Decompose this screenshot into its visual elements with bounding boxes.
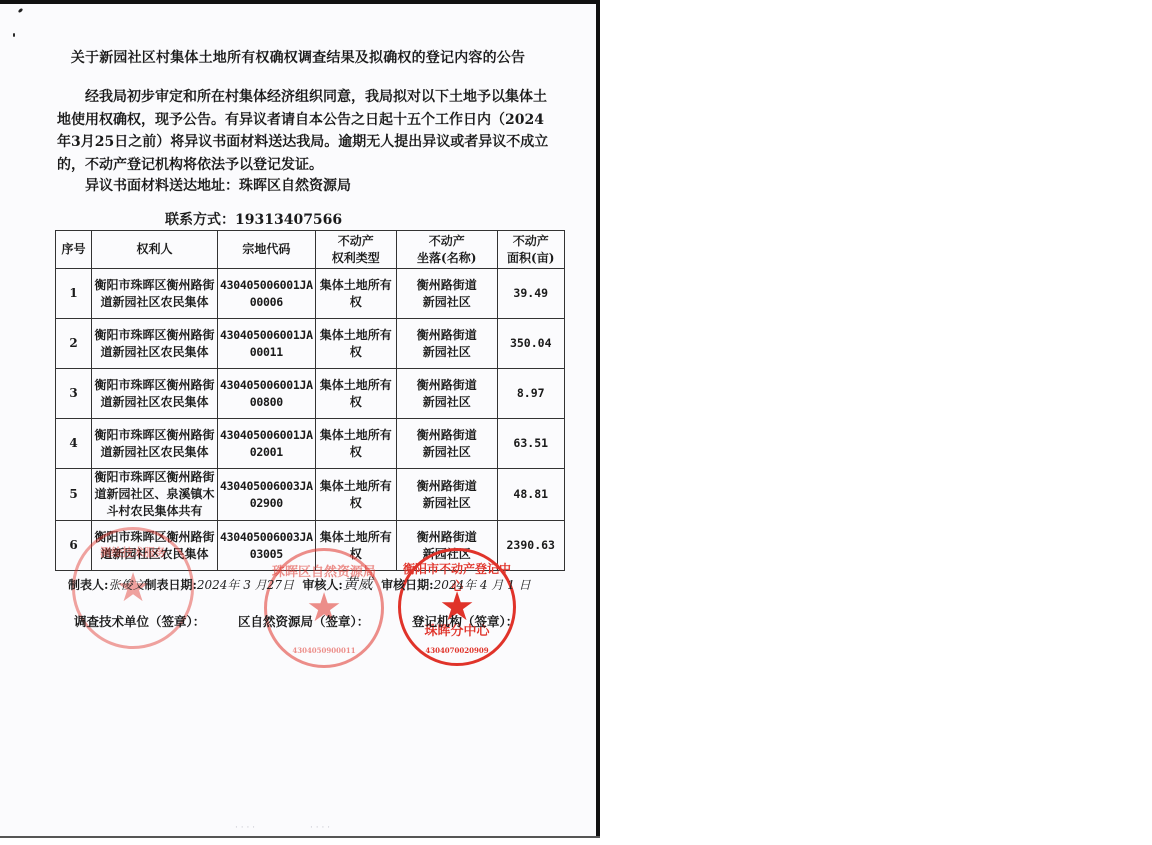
row-index: 1 (56, 269, 92, 319)
location: 衡州路街道新园社区 (396, 469, 497, 521)
row-index: 4 (56, 419, 92, 469)
table-row: 3衡阳市珠晖区衡州路街道新园社区农民集体430405006001JA00800集… (56, 369, 565, 419)
land-rights-table: 序号 权利人 宗地代码 不动产权利类型 不动产坐落(名称) 不动产面积(亩) 1… (55, 230, 565, 571)
right-type: 集体土地所有权 (315, 469, 396, 521)
location: 衡州路街道新园社区 (396, 319, 497, 369)
notice-body: 经我局初步审定和所在村集体经济组织同意，我局拟对以下土地予以集体土地使用权确权，… (57, 86, 557, 176)
scan-bottom-border (0, 836, 600, 838)
right-type: 集体土地所有权 (315, 269, 396, 319)
parcel-code: 430405006001JA02001 (218, 419, 316, 469)
table-row: 4衡阳市珠晖区衡州路街道新园社区农民集体430405006001JA02001集… (56, 419, 565, 469)
header-cell: 不动产坐落(名称) (396, 231, 497, 269)
row-index: 2 (56, 319, 92, 369)
header-cell: 不动产面积(亩) (497, 231, 564, 269)
parcel-code: 430405006001JA00800 (218, 369, 316, 419)
area-mu: 63.51 (497, 419, 564, 469)
header-cell: 序号 (56, 231, 92, 269)
right-type: 集体土地所有权 (315, 369, 396, 419)
seal-text: 测绘技术服务 (75, 544, 191, 560)
header-cell: 宗地代码 (218, 231, 316, 269)
preparer-signature: 张俊文 (108, 578, 144, 592)
registry-seal: 衡阳市不动产登记中心 ★ 珠晖分中心 4304070020909 (398, 548, 516, 666)
reviewer-label: 审核人: (302, 578, 342, 592)
prep-date-label: 制表日期: (144, 578, 196, 592)
seal-code: 4304050900011 (267, 646, 381, 655)
row-index: 3 (56, 369, 92, 419)
right-holder: 衡阳市珠晖区衡州路街道新园社区农民集体 (92, 369, 218, 419)
registry-seal-label: 登记机构（签章）： (412, 612, 518, 630)
row-index: 5 (56, 469, 92, 521)
scan-speck (13, 33, 15, 37)
scan-artifact: · · · · (310, 823, 330, 833)
bureau-seal-label: 区自然资源局（签章）： (238, 612, 369, 630)
contact-info: 联系方式：19313407566 (165, 209, 342, 229)
table-row: 5衡阳市珠晖区衡州路街道新园社区、泉溪镇木斗村农民集体共有43040500600… (56, 469, 565, 521)
area-mu: 39.49 (497, 269, 564, 319)
signature-line: 制表人:张俊文制表日期:2024年 3 月27日 审核人:黄威 审核日期:202… (68, 573, 531, 594)
right-holder: 衡阳市珠晖区衡州路街道新园社区农民集体 (92, 319, 218, 369)
right-holder: 衡阳市珠晖区衡州路街道新园社区农民集体 (92, 419, 218, 469)
area-mu: 48.81 (497, 469, 564, 521)
table-row: 2衡阳市珠晖区衡州路街道新园社区农民集体430405006001JA00011集… (56, 319, 565, 369)
reviewer-signature: 黄威 (343, 575, 373, 593)
seal-code: 4304070020909 (401, 646, 513, 655)
objection-address: 异议书面材料送达地址：珠晖区自然资源局 (85, 175, 351, 195)
area-mu: 350.04 (497, 319, 564, 369)
notice-title: 关于新园社区村集体土地所有权确权调查结果及拟确权的登记内容的公告 (0, 47, 596, 67)
review-date: 2024年 4 月 1 日 (434, 578, 531, 592)
parcel-code: 430405006001JA00006 (218, 269, 316, 319)
header-cell: 不动产权利类型 (315, 231, 396, 269)
right-holder: 衡阳市珠晖区衡州路街道新园社区农民集体 (92, 269, 218, 319)
scan-right-border (596, 0, 600, 838)
survey-unit-seal-label: 调查技术单位（签章）： (74, 612, 205, 630)
area-mu: 8.97 (497, 369, 564, 419)
scan-artifact: · · · · (235, 823, 255, 833)
prep-date: 2024年 3 月27日 (197, 578, 294, 592)
location: 衡州路街道新园社区 (396, 369, 497, 419)
parcel-code: 430405006001JA00011 (218, 319, 316, 369)
right-holder: 衡阳市珠晖区衡州路街道新园社区、泉溪镇木斗村农民集体共有 (92, 469, 218, 521)
natural-resources-bureau-seal: 珠晖区自然资源局 ★ 4304050900011 (264, 548, 384, 668)
header-cell: 权利人 (92, 231, 218, 269)
location: 衡州路街道新园社区 (396, 269, 497, 319)
right-type: 集体土地所有权 (315, 319, 396, 369)
location: 衡州路街道新园社区 (396, 419, 497, 469)
table-header-row: 序号 权利人 宗地代码 不动产权利类型 不动产坐落(名称) 不动产面积(亩) (56, 231, 565, 269)
right-type: 集体土地所有权 (315, 419, 396, 469)
parcel-code: 430405006003JA02900 (218, 469, 316, 521)
review-date-label: 审核日期: (381, 578, 433, 592)
preparer-label: 制表人: (68, 578, 108, 592)
table-row: 1衡阳市珠晖区衡州路街道新园社区农民集体430405006001JA00006集… (56, 269, 565, 319)
